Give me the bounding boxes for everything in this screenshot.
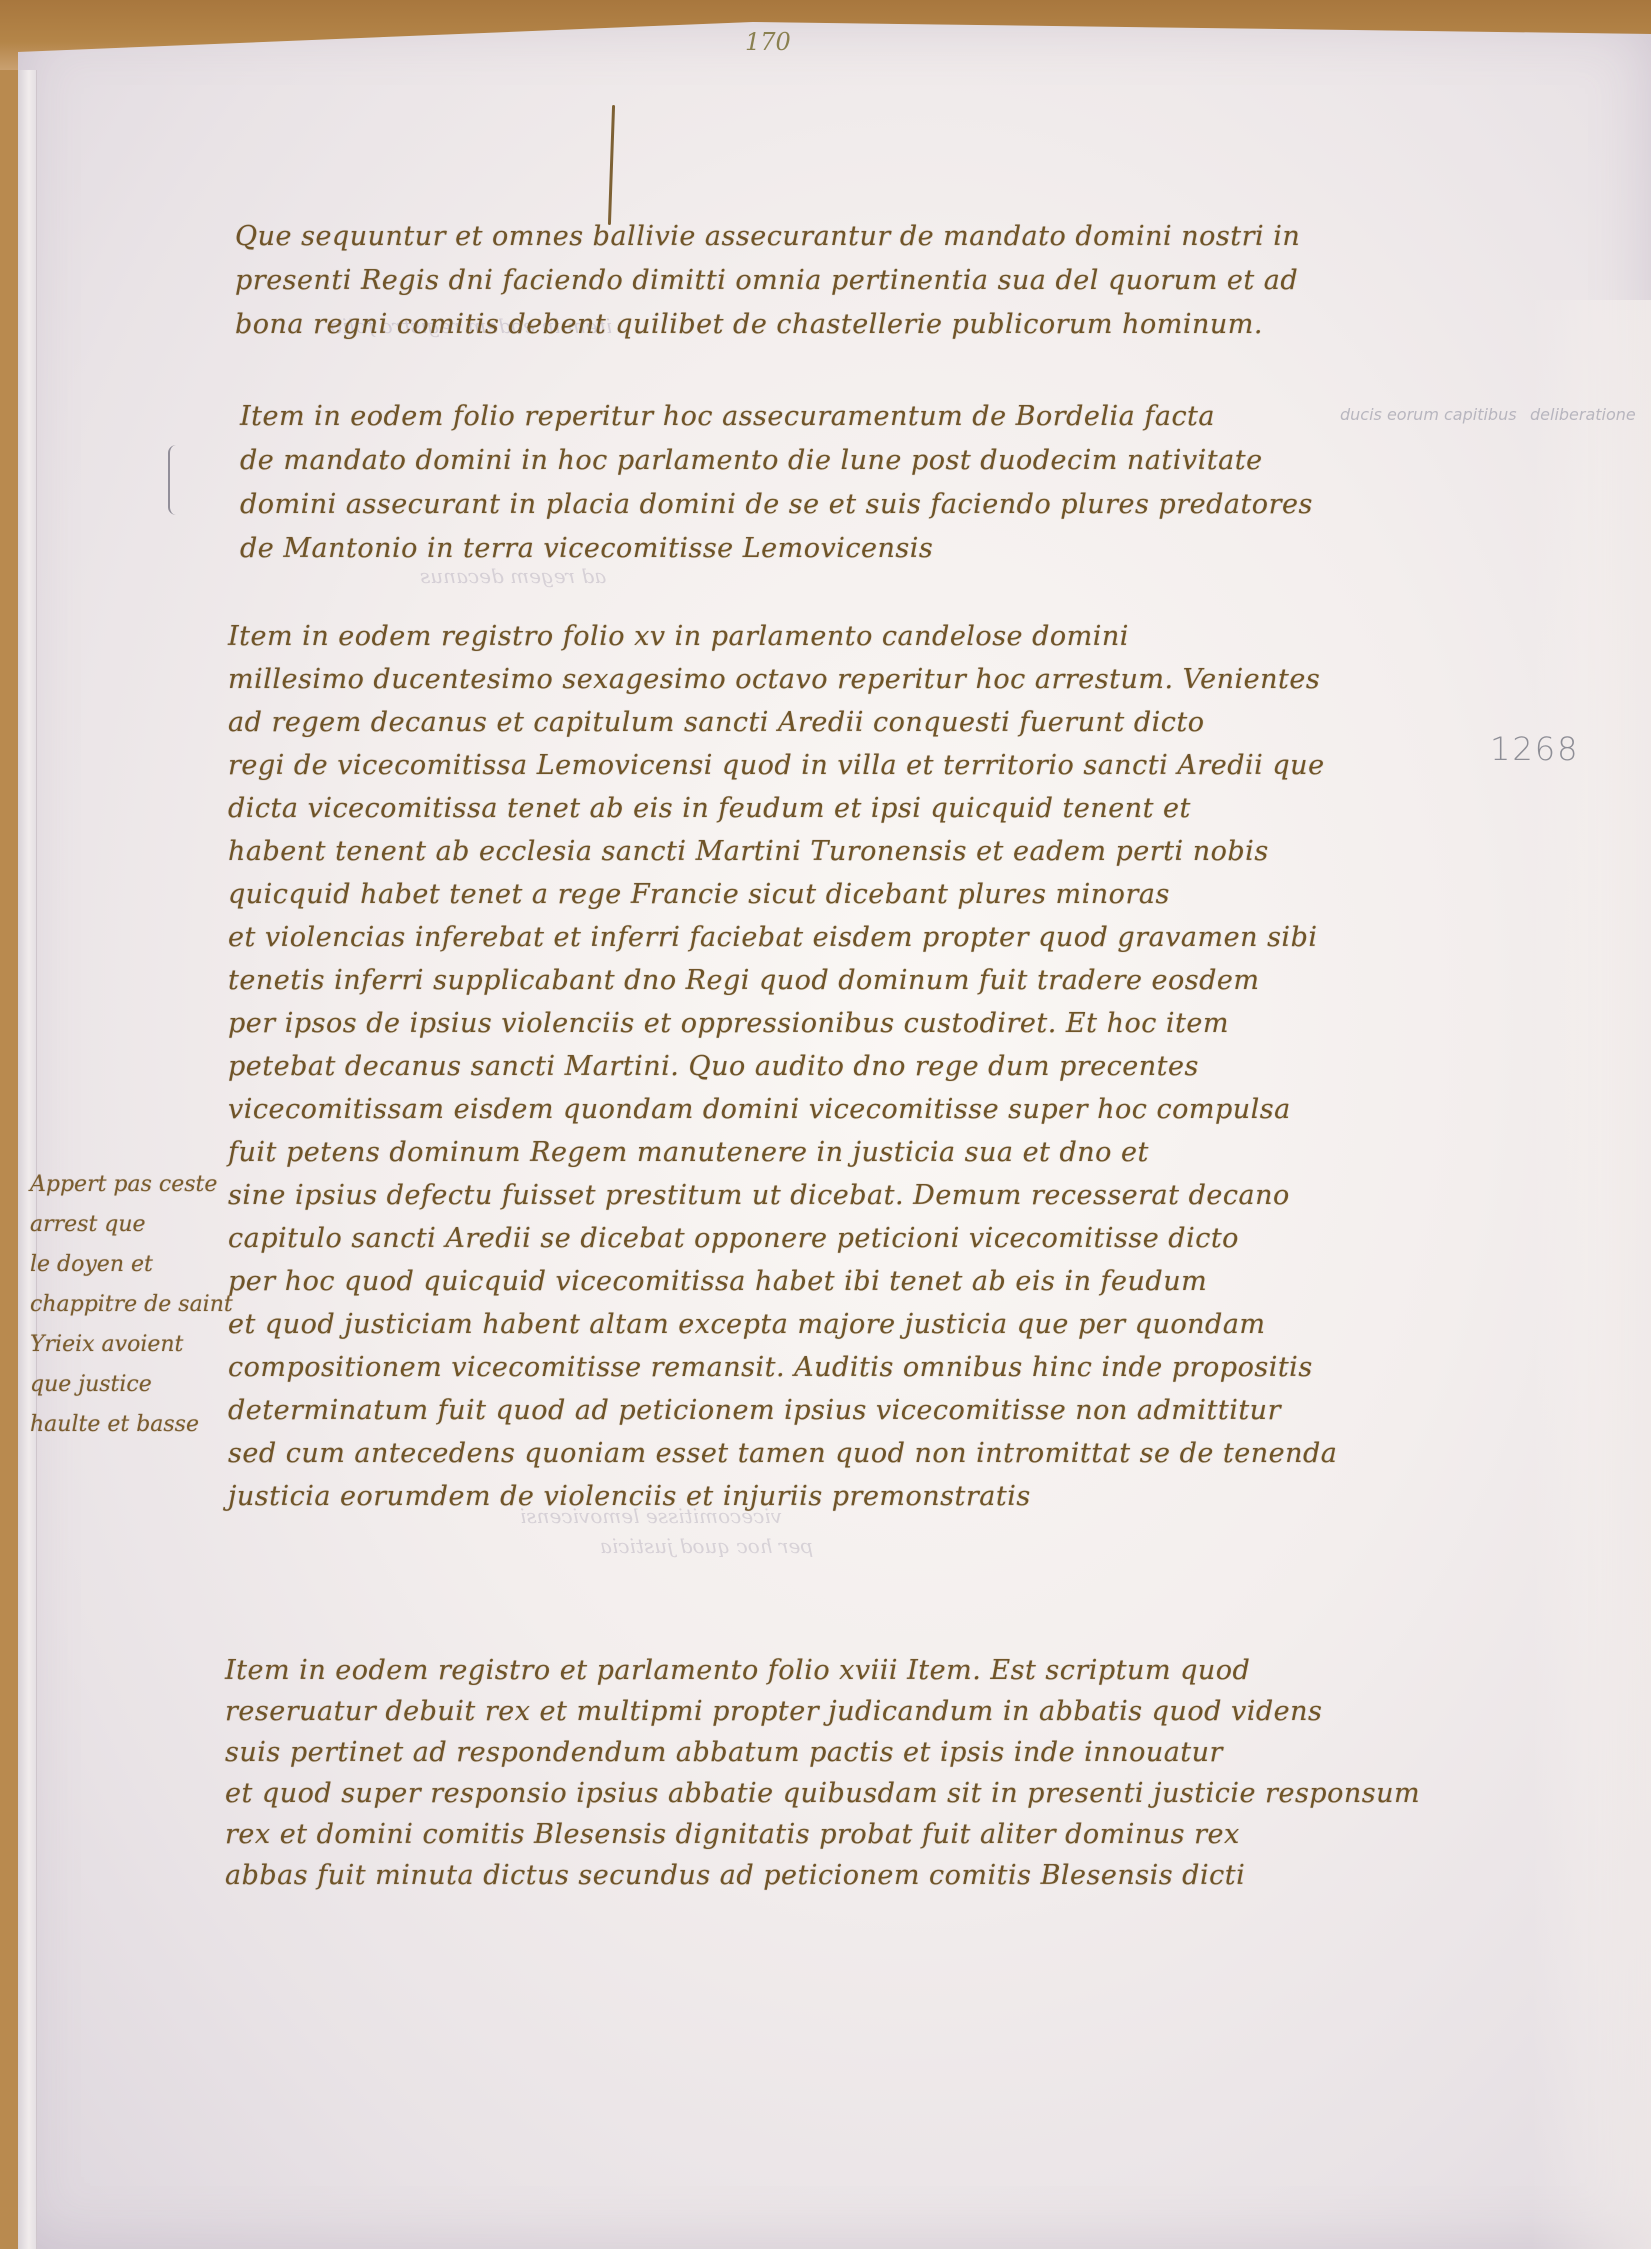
margin-note-line: arrest que xyxy=(30,1205,233,1245)
manuscript-line: ad regem decanus et capitulum sancti Are… xyxy=(228,701,1337,744)
manuscript-line: fuit petens dominum Regem manutenere in … xyxy=(228,1131,1337,1174)
page-right-edge xyxy=(1531,300,1651,2249)
manuscript-line: quicquid habet tenet a rege Francie sicu… xyxy=(228,873,1337,916)
manuscript-line: determinatum fuit quod ad peticionem ips… xyxy=(228,1389,1337,1432)
margin-note-line: haulte et basse xyxy=(30,1405,233,1445)
manuscript-line: suis pertinet ad respondendum abbatum pa… xyxy=(225,1732,1420,1773)
manuscript-line: capitulo sancti Aredii se dicebat oppone… xyxy=(228,1217,1337,1260)
margin-bracket xyxy=(168,445,178,515)
manuscript-line: de Mantonio in terra vicecomitisse Lemov… xyxy=(240,527,1313,571)
folio-number: 170 xyxy=(745,28,791,56)
manuscript-line: presenti Regis dni faciendo dimitti omni… xyxy=(235,259,1300,303)
bleed-through-text: per hoc quod justicia xyxy=(600,1530,813,1562)
manuscript-line: compositionem vicecomitisse remansit. Au… xyxy=(228,1346,1337,1389)
margin-note-line: que justice xyxy=(30,1365,233,1405)
manuscript-line: dicta vicecomitissa tenet ab eis in feud… xyxy=(228,787,1337,830)
manuscript-line: per ipsos de ipsius violenciis et oppres… xyxy=(228,1002,1337,1045)
margin-note-line: Yrieix avoient xyxy=(30,1325,233,1365)
margin-note-line: chappitre de saint xyxy=(30,1285,233,1325)
pencil-annotation: 1268 xyxy=(1490,730,1579,768)
page-gutter xyxy=(18,70,37,2249)
manuscript-line: petebat decanus sancti Martini. Quo audi… xyxy=(228,1045,1337,1088)
manuscript-line: regi de vicecomitissa Lemovicensi quod i… xyxy=(228,744,1337,787)
margin-note-line: le doyen et xyxy=(30,1245,233,1285)
pencil-margin-note: deliberatione xyxy=(1530,405,1636,424)
manuscript-line: sine ipsius defectu fuisset prestitum ut… xyxy=(228,1174,1337,1217)
manuscript-line: de mandato domini in hoc parlamento die … xyxy=(240,439,1313,483)
manuscript-line: Item in eodem registro et parlamento fol… xyxy=(225,1650,1420,1691)
manuscript-line: et quod super responsio ipsius abbatie q… xyxy=(225,1773,1420,1814)
manuscript-line: bona regni comitis debent quilibet de ch… xyxy=(235,303,1300,347)
manuscript-line: justicia eorumdem de violenciis et injur… xyxy=(228,1475,1337,1518)
manuscript-line: Que sequuntur et omnes ballivie assecura… xyxy=(235,215,1300,259)
pencil-margin-note: ducis eorum capitibus xyxy=(1340,405,1517,424)
manuscript-line: et violencias inferebat et inferri facie… xyxy=(228,916,1337,959)
manuscript-line: abbas fuit minuta dictus secundus ad pet… xyxy=(225,1855,1420,1896)
paragraph-3: Item in eodem registro folio xv in parla… xyxy=(228,615,1337,1518)
manuscript-line: sed cum antecedens quoniam esset tamen q… xyxy=(228,1432,1337,1475)
manuscript-line: millesimo ducentesimo sexagesimo octavo … xyxy=(228,658,1337,701)
paragraph-1: Que sequuntur et omnes ballivie assecura… xyxy=(235,215,1300,347)
manuscript-line: per hoc quod quicquid vicecomitissa habe… xyxy=(228,1260,1337,1303)
manuscript-line: Item in eodem registro folio xv in parla… xyxy=(228,615,1337,658)
left-margin-note: Appert pas ceste arrest que le doyen et … xyxy=(30,1165,233,1445)
manuscript-line: domini assecurant in placia domini de se… xyxy=(240,483,1313,527)
manuscript-line: reseruatur debuit rex et multipmi propte… xyxy=(225,1691,1420,1732)
margin-note-line: Appert pas ceste xyxy=(30,1165,233,1205)
manuscript-line: tenetis inferri supplicabant dno Regi qu… xyxy=(228,959,1337,1002)
paragraph-4: Item in eodem registro et parlamento fol… xyxy=(225,1650,1420,1896)
manuscript-line: rex et domini comitis Blesensis dignitat… xyxy=(225,1814,1420,1855)
manuscript-line: Item in eodem folio reperitur hoc assecu… xyxy=(240,395,1313,439)
manuscript-line: habent tenent ab ecclesia sancti Martini… xyxy=(228,830,1337,873)
manuscript-line: et quod justiciam habent altam excepta m… xyxy=(228,1303,1337,1346)
paragraph-2: Item in eodem folio reperitur hoc assecu… xyxy=(240,395,1313,571)
manuscript-line: vicecomitissam eisdem quondam domini vic… xyxy=(228,1088,1337,1131)
